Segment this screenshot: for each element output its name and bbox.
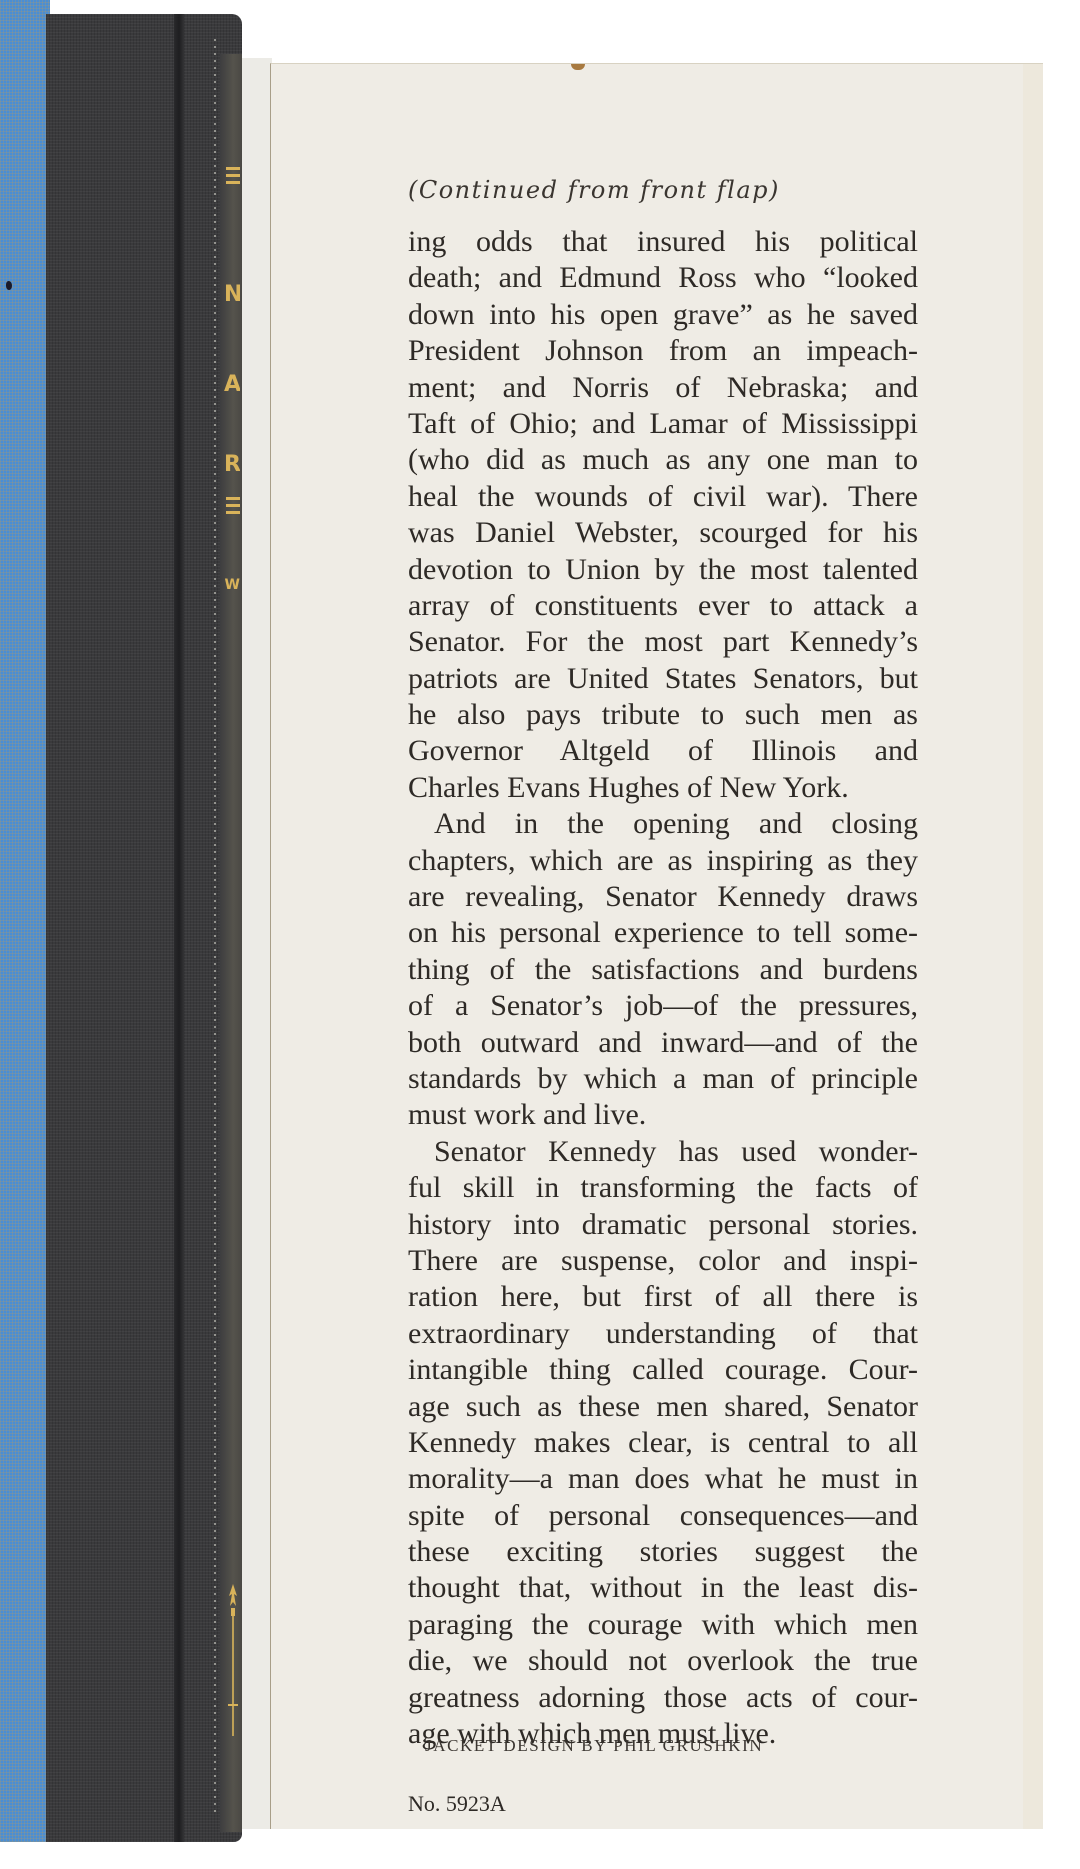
text-line: Senator. For the most part Kennedy’s xyxy=(408,624,918,660)
gold-rule-icon xyxy=(226,164,240,184)
text-line: Senator Kennedy has used wonder- xyxy=(408,1134,918,1170)
text-line: thing of the satisfactions and burdens xyxy=(408,952,918,988)
text-line: both outward and inward—and of the xyxy=(408,1025,918,1061)
text-line: greatness adorning those acts of cour- xyxy=(408,1680,918,1716)
spine-letter: N xyxy=(224,284,240,306)
text-line: must work and live. xyxy=(408,1097,918,1133)
flap-header: (Continued from front flap) xyxy=(408,176,780,204)
text-line: death; and Edmund Ross who “looked xyxy=(408,260,918,296)
text-line: ful skill in transforming the facts of xyxy=(408,1170,918,1206)
text-line: ing odds that insured his political xyxy=(408,224,918,260)
text-line: (who did as much as any one man to xyxy=(408,442,918,478)
text-line: are revealing, Senator Kennedy draws xyxy=(408,879,918,915)
text-line: intangible thing called courage. Cour- xyxy=(408,1352,918,1388)
text-line: array of constituents ever to attack a xyxy=(408,588,918,624)
text-line: paraging the courage with which men xyxy=(408,1607,918,1643)
text-line: Taft of Ohio; and Lamar of Mississippi xyxy=(408,406,918,442)
stain-mark xyxy=(571,64,585,70)
text-line: these exciting stories suggest the xyxy=(408,1534,918,1570)
spine-letter: R xyxy=(224,454,240,476)
text-line: There are suspense, color and inspi- xyxy=(408,1243,918,1279)
text-line: ration here, but first of all there is xyxy=(408,1279,918,1315)
spine-rounded-edge: N A R W xyxy=(220,54,242,1832)
spine-letter: A xyxy=(224,374,240,396)
flap-body-text: ing odds that insured his political deat… xyxy=(408,224,918,1752)
text-line: thought that, without in the least dis- xyxy=(408,1570,918,1606)
text-line: And in the opening and closing xyxy=(408,806,918,842)
text-line: on his personal experience to tell some- xyxy=(408,915,918,951)
text-line: he also pays tribute to such men as xyxy=(408,697,918,733)
text-line: age such as these men shared, Senator xyxy=(408,1389,918,1425)
text-line: down into his open grave” as he saved xyxy=(408,297,918,333)
text-line: ment; and Norris of Nebraska; and xyxy=(408,370,918,406)
jacket-design-credit: JACKET DESIGN BY PHIL GRUSHKIN xyxy=(425,1736,763,1756)
text-line: morality—a man does what he must in xyxy=(408,1461,918,1497)
text-line: of a Senator’s job—of the pressures, xyxy=(408,988,918,1024)
ink-spot xyxy=(6,281,12,290)
gold-rule-icon xyxy=(226,494,240,514)
text-line: President Johnson from an impeach- xyxy=(408,333,918,369)
text-line: devotion to Union by the most talented xyxy=(408,552,918,588)
text-line: patriots are United States Senators, but xyxy=(408,661,918,697)
text-line: extraordinary understanding of that xyxy=(408,1316,918,1352)
spine-letter: W xyxy=(224,574,240,596)
text-line: standards by which a man of principle xyxy=(408,1061,918,1097)
text-line: Kennedy makes clear, is central to all xyxy=(408,1425,918,1461)
text-line: chapters, which are as inspiring as they xyxy=(408,843,918,879)
torch-emblem-icon xyxy=(228,1584,238,1744)
book-spine: N A R W xyxy=(46,14,242,1842)
text-line: spite of personal consequences—and xyxy=(408,1498,918,1534)
jacket-fold-edge xyxy=(242,58,272,1829)
text-line: heal the wounds of civil war). There xyxy=(408,479,918,515)
text-line: history into dramatic personal stories. xyxy=(408,1207,918,1243)
rear-jacket-flap: (Continued from front flap) ing odds tha… xyxy=(270,63,1043,1829)
text-line: was Daniel Webster, scourged for his xyxy=(408,515,918,551)
spine-wear-marks xyxy=(214,34,216,1812)
text-line: die, we should not overlook the true xyxy=(408,1643,918,1679)
spine-hinge-groove xyxy=(174,14,184,1842)
text-line: Charles Evans Hughes of New York. xyxy=(408,770,918,806)
book-board-blue xyxy=(0,0,50,1842)
catalog-number: No. 5923A xyxy=(408,1791,506,1817)
text-line: Governor Altgeld of Illinois and xyxy=(408,733,918,769)
